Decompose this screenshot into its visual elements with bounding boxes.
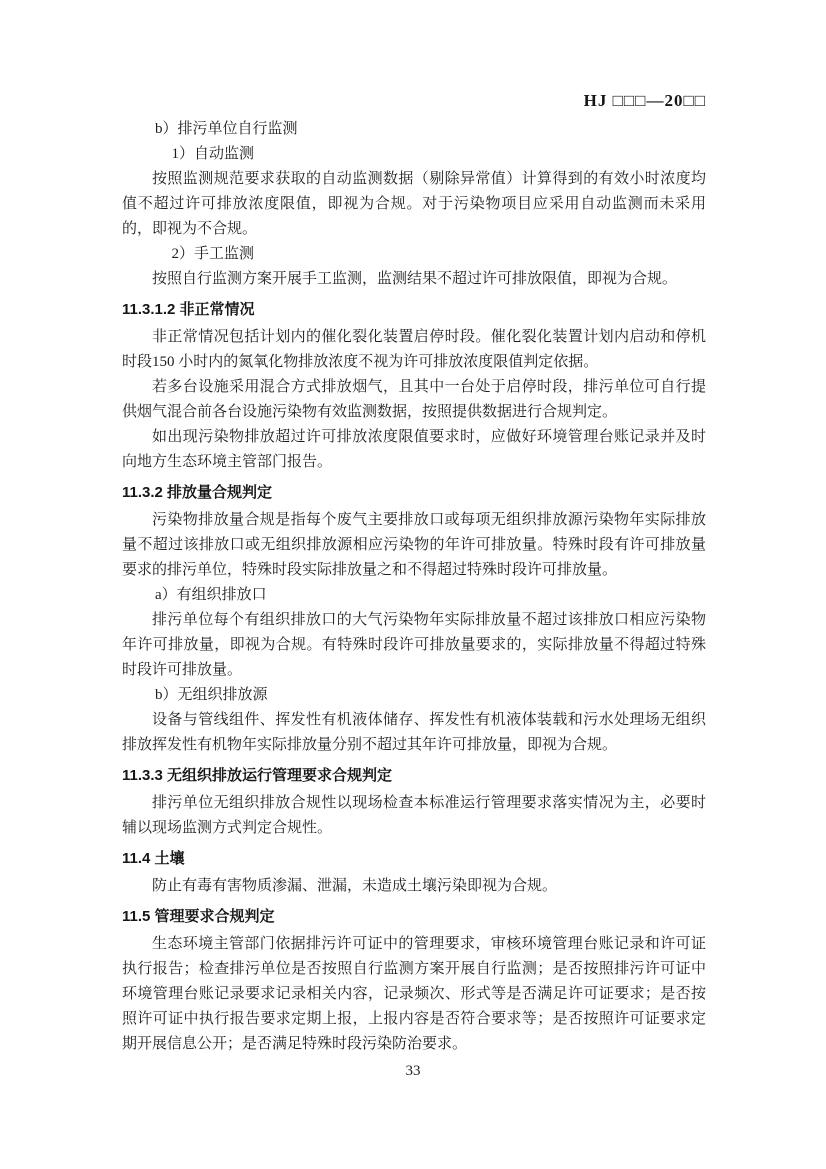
section-heading-11-5: 11.5 管理要求合规判定 <box>122 904 706 929</box>
paragraph: 防止有毒有害物质渗漏、泄漏，未造成土壤污染即视为合规。 <box>122 874 706 899</box>
paragraph: 排污单位无组织排放合规性以现场检查本标准运行管理要求落实情况为主，必要时辅以现场… <box>122 791 706 841</box>
paragraph: 非正常情况包括计划内的催化裂化装置启停时段。催化裂化装置计划内启动和停机时段15… <box>122 325 706 375</box>
section-heading-11-4: 11.4 土壤 <box>122 846 706 871</box>
section-heading-11-3-3: 11.3.3 无组织排放运行管理要求合规判定 <box>122 763 706 788</box>
list-item-b: b）无组织排放源 <box>122 683 706 708</box>
paragraph: 若多台设施采用混合方式排放烟气，且其中一台处于启停时段，排污单位可自行提供烟气混… <box>122 375 706 425</box>
document-page: HJ □□□—20□□ b）排污单位自行监测 1）自动监测 按照监测规范要求获取… <box>0 0 826 1169</box>
section-heading-11-3-1-2: 11.3.1.2 非正常情况 <box>122 297 706 322</box>
document-body: b）排污单位自行监测 1）自动监测 按照监测规范要求获取的自动监测数据（剔除异常… <box>122 117 706 1057</box>
list-item-a: a）有组织排放口 <box>122 583 706 608</box>
paragraph: 按照自行监测方案开展手工监测，监测结果不超过许可排放限值，即视为合规。 <box>122 267 706 292</box>
paragraph: 如出现污染物排放超过许可排放浓度限值要求时，应做好环境管理台账记录并及时向地方生… <box>122 425 706 475</box>
list-item-b: b）排污单位自行监测 <box>122 117 706 142</box>
page-number: 33 <box>0 1063 826 1080</box>
paragraph: 设备与管线组件、挥发性有机液体储存、挥发性有机液体装载和污水处理场无组织排放挥发… <box>122 708 706 758</box>
paragraph: 按照监测规范要求获取的自动监测数据（剔除异常值）计算得到的有效小时浓度均值不超过… <box>122 167 706 242</box>
paragraph: 污染物排放量合规是指每个废气主要排放口或每项无组织排放源污染物年实际排放量不超过… <box>122 508 706 583</box>
list-item-1: 2）手工监测 <box>122 242 706 267</box>
paragraph: 排污单位每个有组织排放口的大气污染物年实际排放量不超过该排放口相应污染物年许可排… <box>122 608 706 683</box>
paragraph: 生态环境主管部门依据排污许可证中的管理要求，审核环境管理台账记录和许可证执行报告… <box>122 932 706 1057</box>
section-heading-11-3-2: 11.3.2 排放量合规判定 <box>122 480 706 505</box>
document-header-code: HJ □□□—20□□ <box>122 91 706 111</box>
list-item-1: 1）自动监测 <box>122 142 706 167</box>
